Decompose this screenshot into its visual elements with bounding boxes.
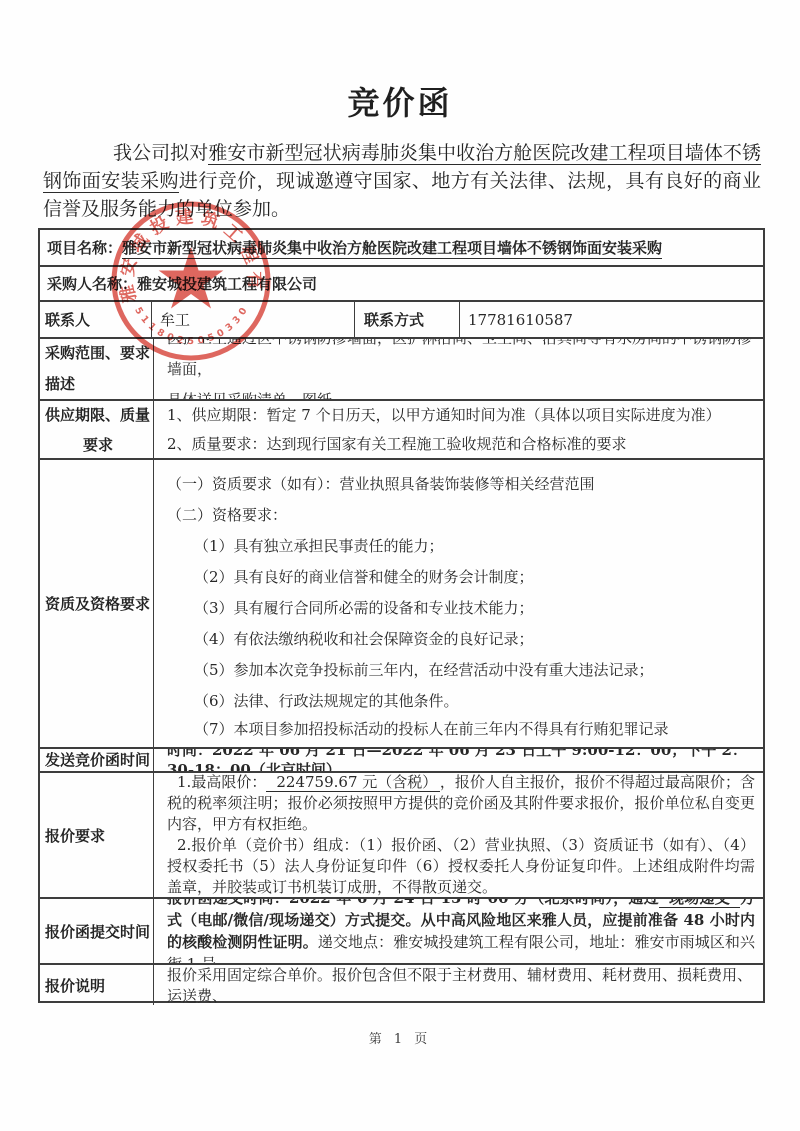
contact-method-label: 联系方式 — [364, 309, 457, 330]
submit-time-paragraph: 报价函递交时间：2022 年 6 月 24 日 15 时 00 分（北京时间），… — [167, 899, 755, 965]
page-title: 竞价函 — [0, 78, 800, 124]
send-time-content-cell: 时间：2022 年 06 月 21 日—2022 年 06 月 23 日上午 9… — [154, 749, 763, 771]
table-row-submit-time: 报价函提交时间 报价函递交时间：2022 年 6 月 24 日 15 时 00 … — [40, 899, 763, 965]
page-number-footer: 第 1 页 — [0, 1028, 800, 1047]
max-price-value: 224759.67 元（含税） — [266, 773, 439, 792]
quote-req-label: 报价要求 — [45, 825, 151, 846]
submit-method-underlined: 现场递交 — [659, 899, 740, 908]
qualification-item: （2）具有良好的商业信誉和健全的财务会计制度； — [167, 562, 755, 593]
purchaser-label: 采购人名称： — [47, 273, 137, 294]
table-row-note: 报价说明 报价采用固定综合单价。报价包含但不限于主材费用、辅材费用、耗材费用、损… — [40, 965, 763, 1005]
table-row-quote-requirements: 报价要求 1.最高限价：224759.67 元（含税），报价人自主报价，报价不得… — [40, 773, 763, 899]
qualification-item: （7）本项目参加招投标活动的投标人在前三年内不得具有行贿犯罪记录 — [167, 717, 755, 741]
send-time-value: 时间：2022 年 06 月 21 日—2022 年 06 月 23 日上午 9… — [167, 749, 755, 773]
contact-label-cell: 联系人 — [40, 302, 152, 337]
send-time-label: 发送竞价函时间 — [45, 750, 151, 770]
bidding-letter-page: 竞价函 我公司拟对雅安市新型冠状病毒肺炎集中收治方舱医院改建工程项目墙体不锈钢饰… — [0, 0, 800, 1131]
contact-value-cell: 牟工 — [152, 302, 355, 337]
max-price-prefix: 1.最高限价： — [177, 773, 266, 791]
supply-content-cell: 1、供应期限：暂定 7 个日历天，以甲方通知时间为准（具体以项目实际进度为准） … — [154, 401, 763, 458]
project-value: 雅安市新型冠状病毒肺炎集中收治方舱医院改建工程项目墙体不锈钢饰面安装采购 — [122, 237, 662, 259]
scope-line1: 医护卫生通过区不锈钢防渗墙面，医护淋浴间、卫生间、洁具间等有水房间的不锈钢防渗墙… — [167, 339, 755, 385]
submit-time-content-cell: 报价函递交时间：2022 年 6 月 24 日 15 时 00 分（北京时间），… — [154, 899, 763, 963]
contact-method-value-cell: 17781610587 — [460, 302, 763, 337]
scope-label-line1: 采购范围、要求 — [45, 339, 151, 369]
quote-req-paragraph2: 2.报价单（竞价书）组成：（1）报价函、（2）营业执照、（3）资质证书（如有）、… — [167, 835, 755, 898]
qualification-item: （6）法律、行政法规规定的其他条件。 — [167, 686, 755, 717]
qualification-label: 资质及资格要求 — [45, 593, 151, 614]
quote-req-label-cell: 报价要求 — [40, 773, 154, 897]
contact-value: 牟工 — [160, 309, 346, 330]
note-label: 报价说明 — [45, 975, 151, 996]
scope-line2: 具体详见采购清单、图纸。 — [167, 385, 755, 402]
contact-method-label-cell: 联系方式 — [355, 302, 460, 337]
note-value: 报价采用固定综合单价。报价包含但不限于主材费用、辅材费用、耗材费用、损耗费用、运… — [167, 965, 755, 1005]
contact-label: 联系人 — [45, 309, 149, 330]
submit-time-label-cell: 报价函提交时间 — [40, 899, 154, 963]
purchaser-value: 雅安城投建筑工程有限公司 — [137, 273, 317, 294]
qualification-content-cell: （一）资质要求（如有）：营业执照具备装饰装修等相关经营范围 （二）资格要求： （… — [154, 460, 763, 747]
submit-time-label: 报价函提交时间 — [45, 921, 151, 942]
qualification-item: （3）具有履行合同所必需的设备和专业技术能力； — [167, 593, 755, 624]
submit-time-pre: 报价函递交时间：2022 年 6 月 24 日 15 时 00 分（北京时间），… — [167, 899, 659, 907]
table-row-send-time: 发送竞价函时间 时间：2022 年 06 月 21 日—2022 年 06 月 … — [40, 749, 763, 773]
qualification-item: （4）有依法缴纳税收和社会保障资金的良好记录； — [167, 624, 755, 655]
note-content-cell: 报价采用固定综合单价。报价包含但不限于主材费用、辅材费用、耗材费用、损耗费用、运… — [154, 965, 763, 1005]
qualification-item: （1）具有独立承担民事责任的能力； — [167, 531, 755, 562]
supply-label-line1: 供应期限、质量 — [45, 401, 151, 430]
project-label: 项目名称： — [47, 237, 122, 258]
contact-phone: 17781610587 — [468, 311, 755, 329]
table-row-contact: 联系人 牟工 联系方式 17781610587 — [40, 302, 763, 339]
supply-label-line2: 要求 — [45, 430, 151, 460]
table-row-qualification: 资质及资格要求 （一）资质要求（如有）：营业执照具备装饰装修等相关经营范围 （二… — [40, 460, 763, 749]
intro-paragraph: 我公司拟对雅安市新型冠状病毒肺炎集中收治方舱医院改建工程项目墙体不锈钢饰面安装采… — [43, 139, 761, 223]
table-row-purchaser: 采购人名称：雅安城投建筑工程有限公司 — [40, 267, 763, 302]
qualification-item: （5）参加本次竞争投标前三年内，在经营活动中没有重大违法记录； — [167, 655, 755, 686]
scope-label-line2: 描述 — [45, 369, 151, 400]
scope-content-cell: 医护卫生通过区不锈钢防渗墙面，医护淋浴间、卫生间、洁具间等有水房间的不锈钢防渗墙… — [154, 339, 763, 399]
scope-label-cell: 采购范围、要求 描述 — [40, 339, 154, 399]
send-time-label-cell: 发送竞价函时间 — [40, 749, 154, 771]
quote-req-content-cell: 1.最高限价：224759.67 元（含税），报价人自主报价，报价不得超过最高限… — [154, 773, 763, 897]
quote-req-paragraph1: 1.最高限价：224759.67 元（含税），报价人自主报价，报价不得超过最高限… — [167, 773, 755, 835]
note-label-cell: 报价说明 — [40, 965, 154, 1005]
supply-line1: 1、供应期限：暂定 7 个日历天，以甲方通知时间为准（具体以项目实际进度为准） — [167, 401, 755, 430]
supply-line2: 2、质量要求：达到现行国家有关工程施工验收规范和合格标准的要求 — [167, 430, 755, 459]
table-row-supply: 供应期限、质量 要求 1、供应期限：暂定 7 个日历天，以甲方通知时间为准（具体… — [40, 401, 763, 460]
table-row-project: 项目名称：雅安市新型冠状病毒肺炎集中收治方舱医院改建工程项目墙体不锈钢饰面安装采… — [40, 230, 763, 267]
qualification-label-cell: 资质及资格要求 — [40, 460, 154, 747]
intro-pre: 我公司拟对 — [113, 142, 208, 164]
supply-label-cell: 供应期限、质量 要求 — [40, 401, 154, 458]
bid-info-table: 项目名称：雅安市新型冠状病毒肺炎集中收治方舱医院改建工程项目墙体不锈钢饰面安装采… — [38, 228, 765, 1003]
table-row-scope: 采购范围、要求 描述 医护卫生通过区不锈钢防渗墙面，医护淋浴间、卫生间、洁具间等… — [40, 339, 763, 401]
qualification-item: （一）资质要求（如有）：营业执照具备装饰装修等相关经营范围 — [167, 469, 755, 500]
qualification-item: （二）资格要求： — [167, 500, 755, 531]
